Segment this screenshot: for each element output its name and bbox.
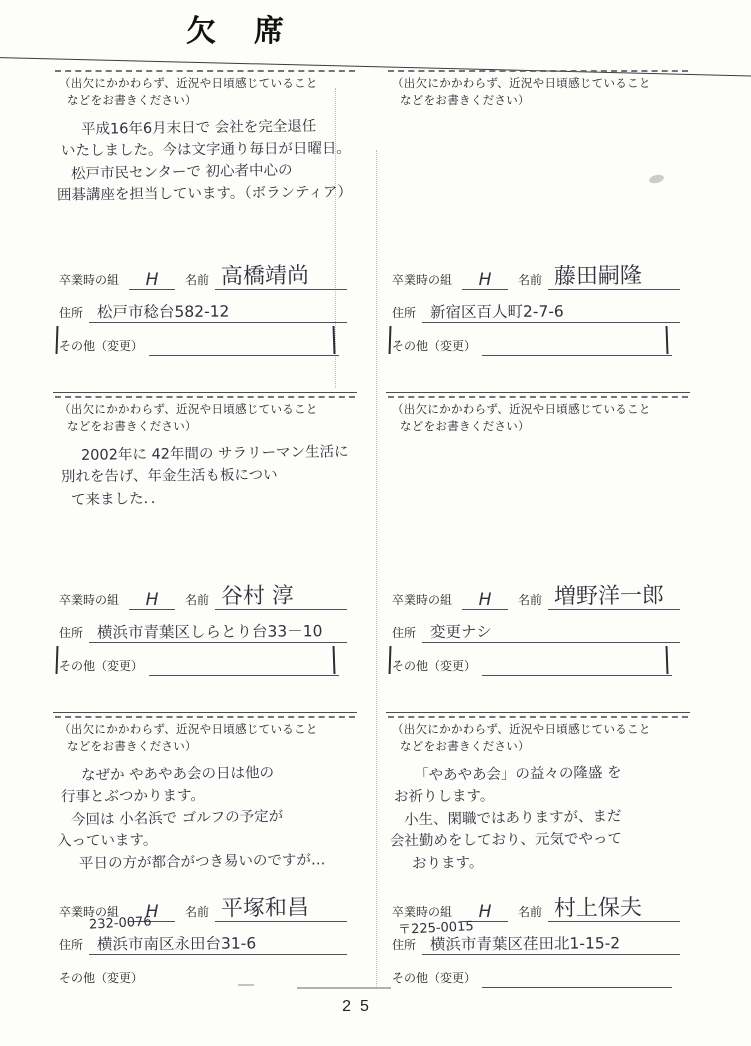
class-value: H xyxy=(146,272,159,289)
address-field: 新宿区百人町2-7-6 xyxy=(422,305,680,324)
section-separator xyxy=(388,392,684,400)
prompt-line-2: などをお書きください） xyxy=(67,93,351,110)
other-row: その他（変更） xyxy=(59,330,347,356)
name-label: 名前 xyxy=(518,591,542,610)
prompt-line-1: （出欠にかかわらず、近況や日頃感じていること xyxy=(59,722,351,739)
address-value: 新宿区百人町2-7-6 xyxy=(422,304,564,322)
name-label: 名前 xyxy=(518,903,542,922)
name-value: 増野洋一郎 xyxy=(548,585,666,609)
prompt-line-2: などをお書きください） xyxy=(400,93,684,110)
name-label: 名前 xyxy=(185,591,209,610)
name-field: 谷村 淳 xyxy=(215,586,347,610)
class-field: H xyxy=(129,272,175,290)
name-label: 名前 xyxy=(185,903,209,922)
other-row: その他（変更） xyxy=(392,650,680,676)
other-row: その他（変更） xyxy=(59,650,347,676)
address-row: 住所 横浜市青葉区しらとり台33－10 xyxy=(59,617,347,643)
address-row: 住所 新宿区百人町2-7-6 xyxy=(392,297,680,323)
address-row: 232-0076 住所 横浜市南区永田台31-6 xyxy=(59,929,347,955)
note-line: 平日の方が都合がつき易いのですが… xyxy=(79,849,351,875)
class-label: 卒業時の組 xyxy=(59,591,119,610)
prompt-text: （出欠にかかわらず、近況や日頃感じていること などをお書きください） xyxy=(59,722,351,755)
page-number: 25 xyxy=(325,998,395,1016)
other-label: その他（変更） xyxy=(59,337,143,356)
name-field: 村上保夫 xyxy=(548,898,680,922)
other-field xyxy=(482,355,672,356)
handwritten-note: なぜか やあやあ会の日は他の 行事とぶつかります。 今回は 小名浜で ゴルフの予… xyxy=(55,763,351,873)
handwritten-note: 「やあやあ会」の益々の隆盛 を お祈りします。 小生、閑職ではありますが、まだ … xyxy=(388,763,684,873)
name-value: 村上保夫 xyxy=(548,897,644,921)
section-separator xyxy=(388,66,684,74)
class-value: H xyxy=(479,904,492,921)
entry-fields: 卒業時の組 H 名前 平塚和昌 232-0076 住所 横浜市南区永田台31-6… xyxy=(59,896,347,988)
note-line: おります。 xyxy=(412,849,684,875)
name-field: 増野洋一郎 xyxy=(548,586,680,610)
handwritten-note: 2002年に 42年間の サラリーマン生活に 別れを告げ、年金生活も板につい て… xyxy=(55,443,351,509)
prompt-line-1: （出欠にかかわらず、近況や日頃感じていること xyxy=(392,722,684,739)
address-label: 住所 xyxy=(59,624,83,643)
page-title: 欠 席 xyxy=(186,6,288,50)
section-separator xyxy=(55,392,351,400)
name-field: 高橋靖尚 xyxy=(215,266,347,290)
scanned-form-page: 欠 席 （出欠にかかわらず、近況や日頃感じていること などをお書きください） 平… xyxy=(0,0,751,1046)
class-name-row: 卒業時の組 H 名前 増野洋一郎 xyxy=(392,584,680,610)
address-label: 住所 xyxy=(59,304,83,323)
prompt-text: （出欠にかかわらず、近況や日頃感じていること などをお書きください） xyxy=(59,402,351,435)
scan-artifact-dash xyxy=(238,984,254,986)
note-line: 囲碁講座を担当しています。（ボランティア） xyxy=(57,182,351,207)
address-value: 変更ナシ xyxy=(422,624,492,642)
class-value: H xyxy=(146,592,159,609)
prompt-text: （出欠にかかわらず、近況や日頃感じていること などをお書きください） xyxy=(392,722,684,755)
class-label: 卒業時の組 xyxy=(59,271,119,290)
center-fold-line-2 xyxy=(376,150,377,988)
address-field: 松戸市稔台582-12 xyxy=(89,305,347,324)
entry-fields: 卒業時の組 H 名前 谷村 淳 住所 横浜市青葉区しらとり台33－10 その他（… xyxy=(59,584,347,676)
other-label: その他（変更） xyxy=(392,969,476,988)
other-row: その他（変更） xyxy=(59,962,347,988)
entry-block-3: （出欠にかかわらず、近況や日頃感じていること などをお書きください） 2002年… xyxy=(55,392,351,712)
entry-fields: 卒業時の組 H 名前 村上保夫 〒225-0015 住所 横浜市青葉区荏田北1-… xyxy=(392,896,680,988)
address-field: 変更ナシ xyxy=(422,625,680,644)
class-label: 卒業時の組 xyxy=(392,271,452,290)
other-field xyxy=(149,675,339,676)
prompt-line-2: などをお書きください） xyxy=(400,419,684,436)
prompt-line-2: などをお書きください） xyxy=(67,419,351,436)
prompt-line-1: （出欠にかかわらず、近況や日頃感じていること xyxy=(392,402,684,419)
section-separator xyxy=(388,712,684,720)
other-label: その他（変更） xyxy=(59,969,143,988)
address-value: 松戸市稔台582-12 xyxy=(89,304,230,322)
class-name-row: 卒業時の組 H 名前 谷村 淳 xyxy=(59,584,347,610)
name-label: 名前 xyxy=(185,271,209,290)
other-field xyxy=(482,675,672,676)
name-field: 平塚和昌 xyxy=(215,898,347,922)
entry-block-6: （出欠にかかわらず、近況や日頃感じていること などをお書きください） 「やあやあ… xyxy=(388,712,684,1000)
other-label: その他（変更） xyxy=(59,657,143,676)
class-field: H xyxy=(129,592,175,610)
address-value: 横浜市青葉区しらとり台33－10 xyxy=(89,624,323,643)
address-field: 横浜市南区永田台31-6 xyxy=(89,937,347,956)
name-value: 平塚和昌 xyxy=(215,897,311,921)
prompt-line-1: （出欠にかかわらず、近況や日頃感じていること xyxy=(59,402,351,419)
prompt-text: （出欠にかかわらず、近況や日頃感じていること などをお書きください） xyxy=(59,76,351,109)
other-row: その他（変更） xyxy=(392,962,680,988)
class-name-row: 卒業時の組 H 名前 高橋靖尚 xyxy=(59,264,347,290)
entry-fields: 卒業時の組 H 名前 高橋靖尚 住所 松戸市稔台582-12 その他（変更） xyxy=(59,264,347,356)
entry-block-1: （出欠にかかわらず、近況や日頃感じていること などをお書きください） 平成16年… xyxy=(55,66,351,392)
postal-code: 232-0076 xyxy=(89,914,152,932)
prompt-line-1: （出欠にかかわらず、近況や日頃感じていること xyxy=(59,76,351,93)
address-label: 住所 xyxy=(392,624,416,643)
prompt-text: （出欠にかかわらず、近況や日頃感じていること などをお書きください） xyxy=(392,402,684,435)
class-value: H xyxy=(479,272,492,289)
address-value: 横浜市南区永田台31-6 xyxy=(89,936,256,955)
entry-block-5: （出欠にかかわらず、近況や日頃感じていること などをお書きください） なぜか や… xyxy=(55,712,351,1000)
name-value: 藤田嗣隆 xyxy=(548,265,644,289)
name-value: 高橋靖尚 xyxy=(215,265,311,289)
class-label: 卒業時の組 xyxy=(392,591,452,610)
address-label: 住所 xyxy=(392,304,416,323)
class-name-row: 卒業時の組 H 名前 藤田嗣隆 xyxy=(392,264,680,290)
name-label: 名前 xyxy=(518,271,542,290)
name-field: 藤田嗣隆 xyxy=(548,266,680,290)
prompt-line-2: などをお書きください） xyxy=(67,739,351,756)
address-field: 横浜市青葉区荏田北1-15-2 xyxy=(422,937,680,956)
prompt-line-1: （出欠にかかわらず、近況や日頃感じていること xyxy=(392,76,684,93)
address-label: 住所 xyxy=(59,936,83,955)
name-value: 谷村 淳 xyxy=(215,586,296,610)
section-separator xyxy=(55,66,351,74)
other-label: その他（変更） xyxy=(392,337,476,356)
entry-fields: 卒業時の組 H 名前 藤田嗣隆 住所 新宿区百人町2-7-6 その他（変更） xyxy=(392,264,680,356)
class-field: H xyxy=(462,592,508,610)
scan-artifact-line xyxy=(297,987,391,989)
address-row: 〒225-0015 住所 横浜市青葉区荏田北1-15-2 xyxy=(392,929,680,955)
other-field xyxy=(482,987,672,988)
class-value: H xyxy=(479,592,492,609)
entry-block-4: （出欠にかかわらず、近況や日頃感じていること などをお書きください） 卒業時の組… xyxy=(388,392,684,712)
address-label: 住所 xyxy=(392,936,416,955)
address-value: 横浜市青葉区荏田北1-15-2 xyxy=(422,936,620,955)
prompt-text: （出欠にかかわらず、近況や日頃感じていること などをお書きください） xyxy=(392,76,684,109)
handwritten-note: 平成16年6月末日で 会社を完全退任 いたしました。今は文字通り毎日が日曜日。 … xyxy=(55,117,351,205)
address-row: 住所 松戸市稔台582-12 xyxy=(59,297,347,323)
class-field: H xyxy=(462,272,508,290)
address-row: 住所 変更ナシ xyxy=(392,617,680,643)
address-field: 横浜市青葉区しらとり台33－10 xyxy=(89,625,347,644)
note-line: て来ました．． xyxy=(71,485,351,512)
other-row: その他（変更） xyxy=(392,330,680,356)
entry-block-2: （出欠にかかわらず、近況や日頃感じていること などをお書きください） 卒業時の組… xyxy=(388,66,684,392)
entry-fields: 卒業時の組 H 名前 増野洋一郎 住所 変更ナシ その他（変更） xyxy=(392,584,680,676)
prompt-line-2: などをお書きください） xyxy=(400,739,684,756)
other-field xyxy=(149,355,339,356)
section-separator xyxy=(55,712,351,720)
other-label: その他（変更） xyxy=(392,657,476,676)
